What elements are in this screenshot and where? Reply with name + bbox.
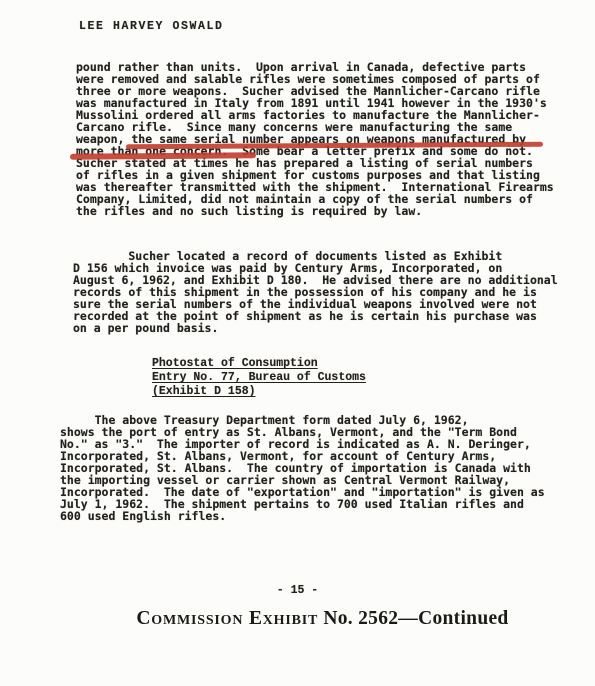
paragraph-3: The above Treasury Department form dated… (60, 414, 545, 522)
section-heading-line-3: (Exhibit D 158) (152, 385, 366, 399)
document-header: LEE HARVEY OSWALD (79, 20, 224, 33)
exhibit-caption: Commission Exhibit No. 2562—Continued (25, 608, 595, 630)
exhibit-caption-number: No. 2562—Continued (318, 608, 508, 629)
scanned-document-page: LEE HARVEY OSWALD pound rather than unit… (0, 0, 595, 686)
paragraph-2: Sucher located a record of documents lis… (73, 250, 558, 334)
section-heading-line-2: Entry No. 77, Bureau of Customs (152, 371, 366, 385)
exhibit-caption-title: Commission Exhibit (136, 608, 318, 629)
paragraph-1: pound rather than units. Upon arrival in… (76, 61, 554, 217)
page-number: - 15 - (0, 584, 595, 597)
section-heading: Photostat of Consumption Entry No. 77, B… (152, 357, 366, 399)
section-heading-line-1: Photostat of Consumption (152, 357, 366, 371)
